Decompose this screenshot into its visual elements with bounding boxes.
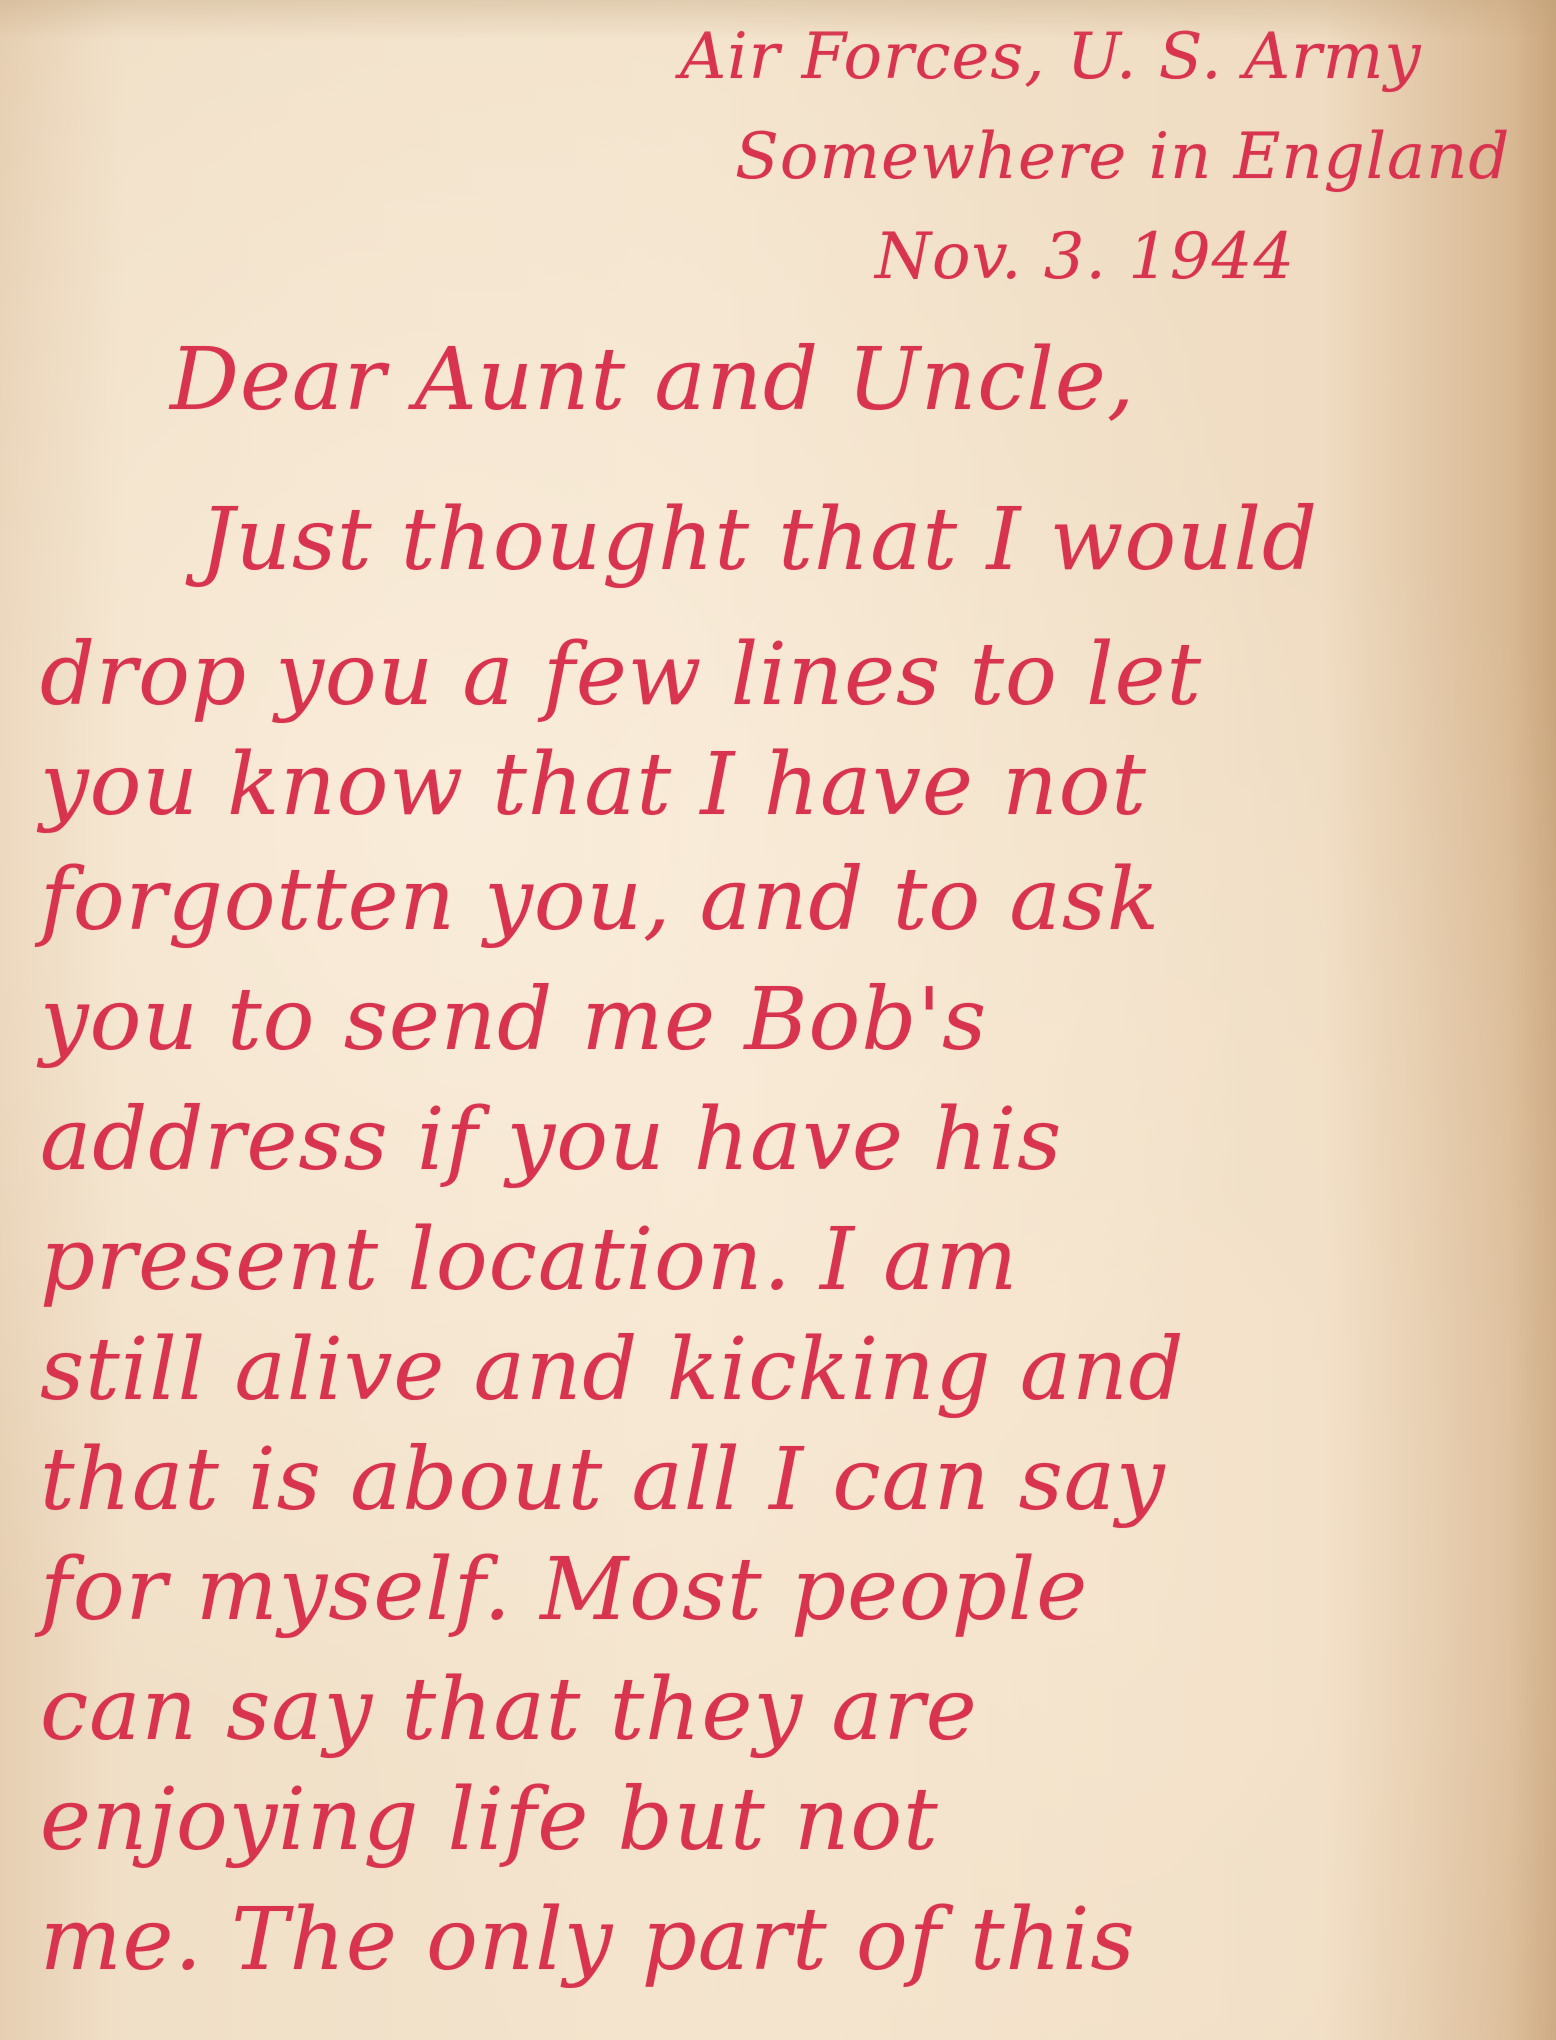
body-line: that is about all I can say [40,1430,1166,1530]
body-line: drop you a few lines to let [40,625,1202,725]
salutation: Dear Aunt and Uncle, [170,330,1135,430]
body-line: for myself. Most people [40,1540,1088,1640]
heading-location: Somewhere in England [735,120,1510,194]
body-line: present location. I am [40,1210,1018,1310]
body-line: you to send me Bob's [40,970,987,1070]
body-line: address if you have his [40,1090,1062,1190]
body-line: Just thought that I would [200,490,1318,590]
letter-page: Air Forces, U. S. Army Somewhere in Engl… [0,0,1556,2040]
body-line: can say that they are [40,1660,978,1760]
body-line: still alive and kicking and [40,1320,1185,1420]
body-line: enjoying life but not [40,1770,939,1870]
body-line: forgotten you, and to ask [40,850,1160,950]
body-line: you know that I have not [40,735,1147,835]
body-line: me. The only part of this [40,1890,1136,1990]
heading-unit: Air Forces, U. S. Army [680,20,1422,94]
letter-date: Nov. 3. 1944 [875,220,1295,294]
